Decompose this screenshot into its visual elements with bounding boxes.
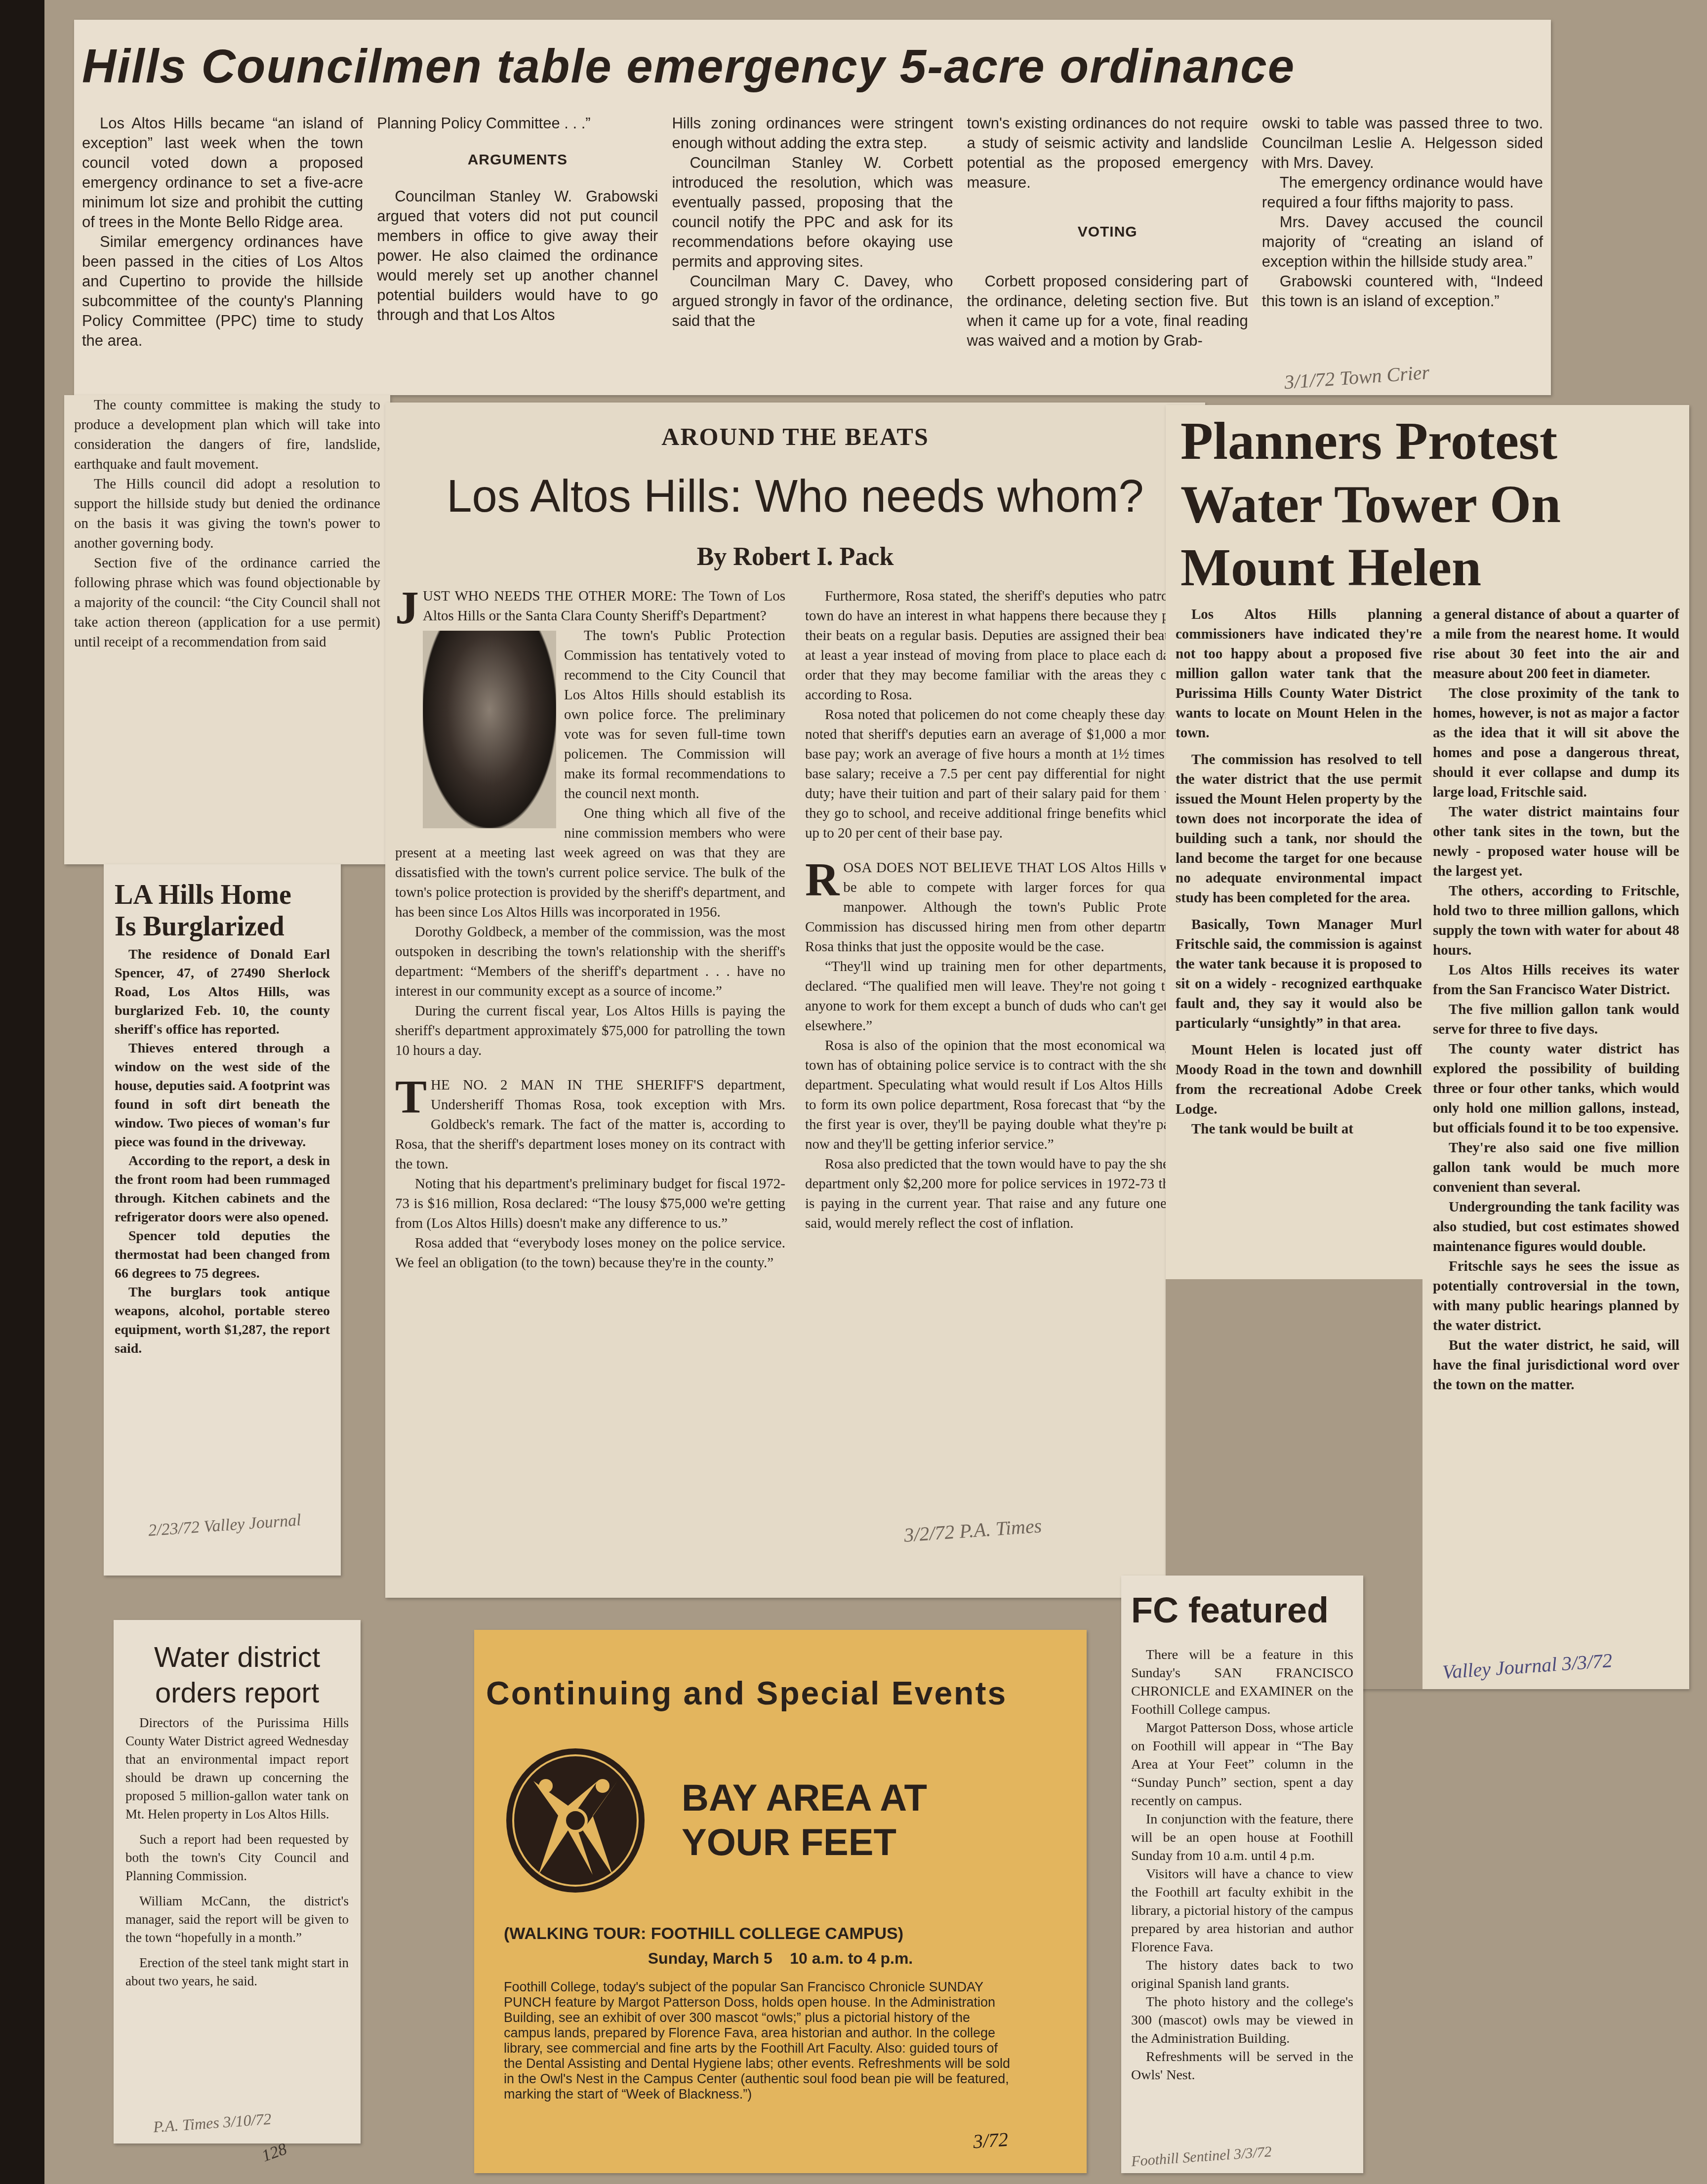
author-photo bbox=[423, 631, 556, 828]
handwritten-note: 2/23/72 Valley Journal bbox=[148, 1511, 302, 1540]
flyer-body: Foothill College, today's subject of the… bbox=[474, 1968, 1087, 2102]
headline: Hills Councilmen table emergency 5-acre … bbox=[74, 20, 1551, 94]
column-1: JUST WHO NEEDS THE OTHER MORE: The Town … bbox=[395, 586, 785, 1273]
handwritten-note: Valley Journal 3/3/72 bbox=[1442, 1649, 1613, 1684]
handwritten-note: 3/1/72 Town Crier bbox=[1284, 361, 1430, 394]
flyer-subtitle: (WALKING TOUR: FOOTHILL COLLEGE CAMPUS) bbox=[504, 1924, 1087, 1943]
column-2: a general distance of about a quarter of… bbox=[1433, 605, 1679, 1395]
article-burglary: LA Hills Home Is Burglarized The residen… bbox=[104, 864, 341, 1576]
kicker: AROUND THE BEATS bbox=[385, 422, 1205, 451]
scrapbook-page: Hills Councilmen table emergency 5-acre … bbox=[44, 0, 1707, 2184]
walking-figures-sun-emblem-icon bbox=[504, 1746, 647, 1895]
article-planners-protest: Planners Protest Water Tower On Mount He… bbox=[1166, 405, 1689, 1689]
subhead-voting: VOTING bbox=[967, 222, 1248, 242]
column-5: owski to table was passed three to two. … bbox=[1262, 114, 1543, 351]
headline: Los Altos Hills: Who needs whom? bbox=[385, 471, 1205, 523]
headline: Water district orders report bbox=[125, 1640, 349, 1711]
article-around-the-beats: AROUND THE BEATS Los Altos Hills: Who ne… bbox=[385, 403, 1205, 1598]
headline: Planners Protest Water Tower On Mount He… bbox=[1166, 405, 1689, 600]
subhead-arguments: ARGUMENTS bbox=[377, 150, 658, 170]
column-4: town's existing ordinances do not requir… bbox=[967, 114, 1248, 351]
flyer-header: Continuing and Special Events bbox=[474, 1630, 1087, 1712]
page-number: 128 bbox=[259, 2140, 289, 2166]
article-councilmen: Hills Councilmen table emergency 5-acre … bbox=[74, 20, 1551, 395]
article-water-district: Water district orders report Directors o… bbox=[114, 1620, 361, 2144]
flyer-special-events: Continuing and Special Events BAY AREA A… bbox=[474, 1630, 1087, 2173]
byline: By Robert I. Pack bbox=[385, 542, 1205, 571]
column-2: Planning Policy Committee . . .” ARGUMEN… bbox=[377, 114, 658, 351]
handwritten-note: 3/2/72 P.A. Times bbox=[903, 1514, 1043, 1546]
handwritten-note: 3/72 bbox=[972, 2128, 1009, 2153]
article-fc-featured: FC featured There will be a feature in t… bbox=[1121, 1576, 1363, 2173]
flyer-when: Sunday, March 5 10 a.m. to 4 p.m. bbox=[474, 1949, 1087, 1968]
flyer-title: BAY AREA AT YOUR FEET bbox=[682, 1776, 927, 1865]
handwritten-note: Foothill Sentinel 3/3/72 bbox=[1131, 2144, 1272, 2170]
column-2: Furthermore, Rosa stated, the sheriff's … bbox=[805, 586, 1195, 1273]
handwritten-note: P.A. Times 3/10/72 bbox=[153, 2110, 272, 2137]
column-1: Los Altos Hills planning commissioners h… bbox=[1176, 605, 1422, 1395]
headline: LA Hills Home Is Burglarized bbox=[115, 879, 330, 942]
column-1: Los Altos Hills became “an island of exc… bbox=[82, 114, 363, 351]
article-councilmen-continued: The county committee is making the study… bbox=[64, 395, 390, 864]
headline: FC featured bbox=[1131, 1590, 1353, 1631]
column-3: Hills zoning ordinances were stringent e… bbox=[672, 114, 953, 351]
